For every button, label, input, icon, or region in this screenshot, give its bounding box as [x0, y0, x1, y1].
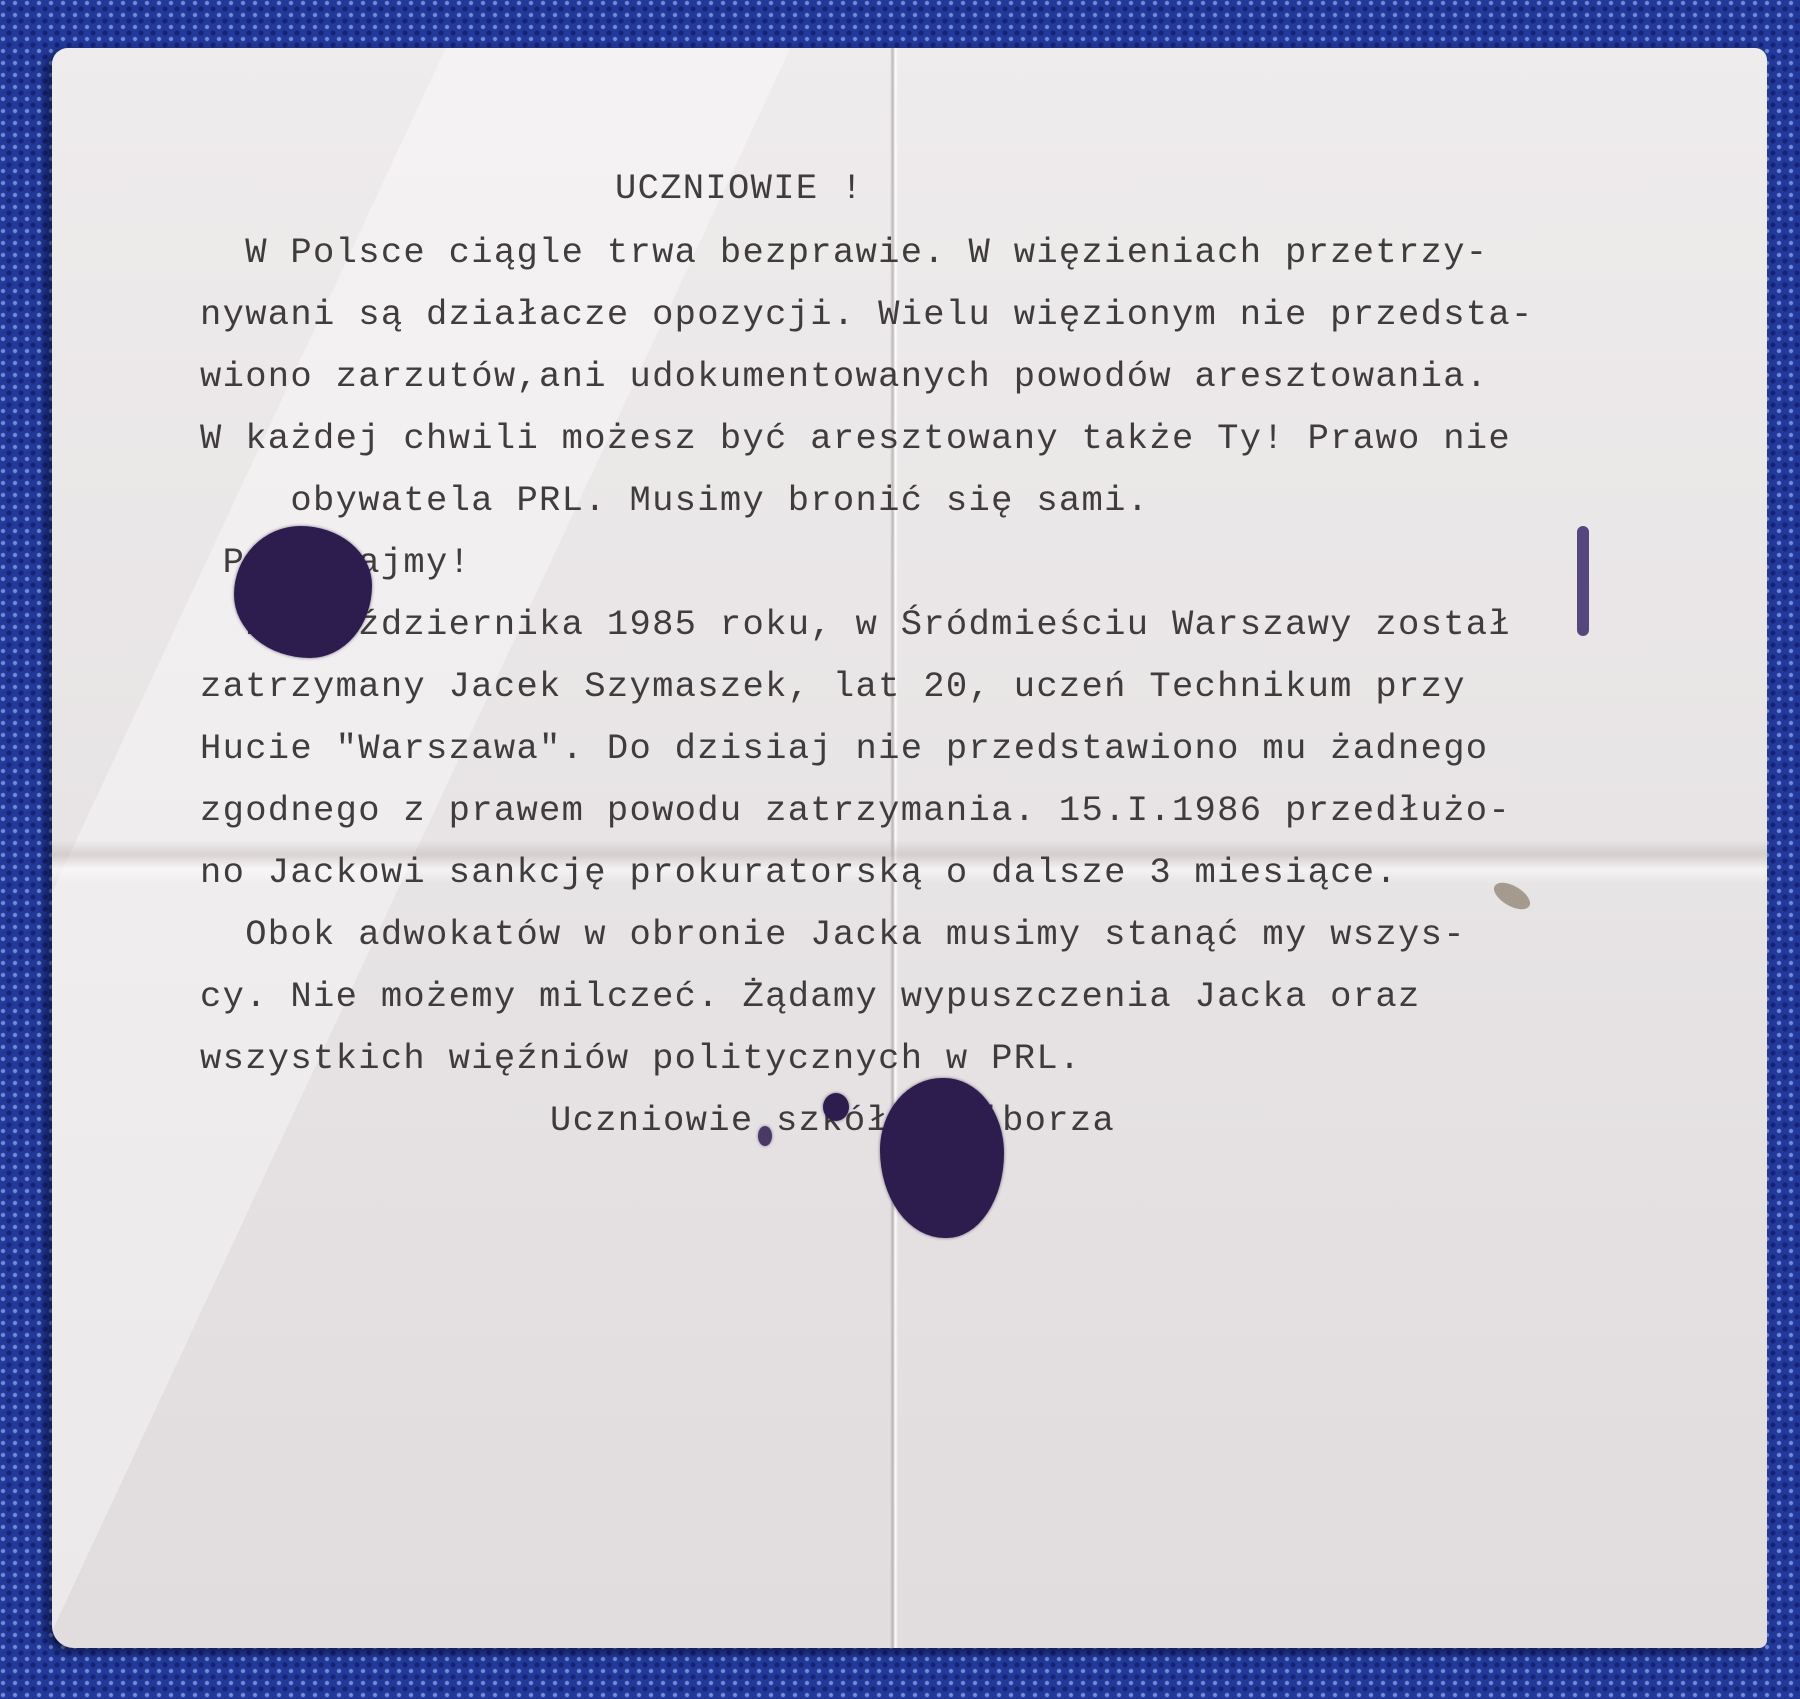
- text-line: Obok adwokatów w obronie Jacka musimy st…: [200, 904, 1700, 966]
- text-line: W każdej chwili możesz być aresztowany t…: [200, 408, 1700, 470]
- text-line: Hucie "Warszawa". Do dzisiaj nie przedst…: [200, 718, 1700, 780]
- ink-blot: [880, 1078, 1004, 1238]
- ink-blot: [234, 526, 372, 658]
- ink-spot: [758, 1126, 772, 1146]
- text-line: 10 października 1985 roku, w Śródmieściu…: [200, 594, 1700, 656]
- typewritten-text: UCZNIOWIE ! W Polsce ciągle trwa bezpraw…: [200, 158, 1700, 1152]
- text-line: wiono zarzutów,ani udokumentowanych powo…: [200, 346, 1700, 408]
- text-line: no Jackowi sankcję prokuratorską o dalsz…: [200, 842, 1700, 904]
- text-line: nywani są działacze opozycji. Wielu więz…: [200, 284, 1700, 346]
- text-line: zatrzymany Jacek Szymaszek, lat 20, ucze…: [200, 656, 1700, 718]
- leaflet-paper: UCZNIOWIE ! W Polsce ciągle trwa bezpraw…: [52, 48, 1767, 1648]
- ink-streak: [1577, 526, 1589, 636]
- text-line: cy. Nie możemy milczeć. Żądamy wypuszcze…: [200, 966, 1700, 1028]
- ink-spot: [823, 1093, 849, 1121]
- leaflet-title: UCZNIOWIE !: [200, 158, 1700, 220]
- text-line: zgodnego z prawem powodu zatrzymania. 15…: [200, 780, 1700, 842]
- text-line: obywatela PRL. Musimy bronić się sami.: [200, 470, 1700, 532]
- text-line: Pamiętajmy!: [200, 532, 1700, 594]
- text-line: W Polsce ciągle trwa bezprawie. W więzie…: [200, 222, 1700, 284]
